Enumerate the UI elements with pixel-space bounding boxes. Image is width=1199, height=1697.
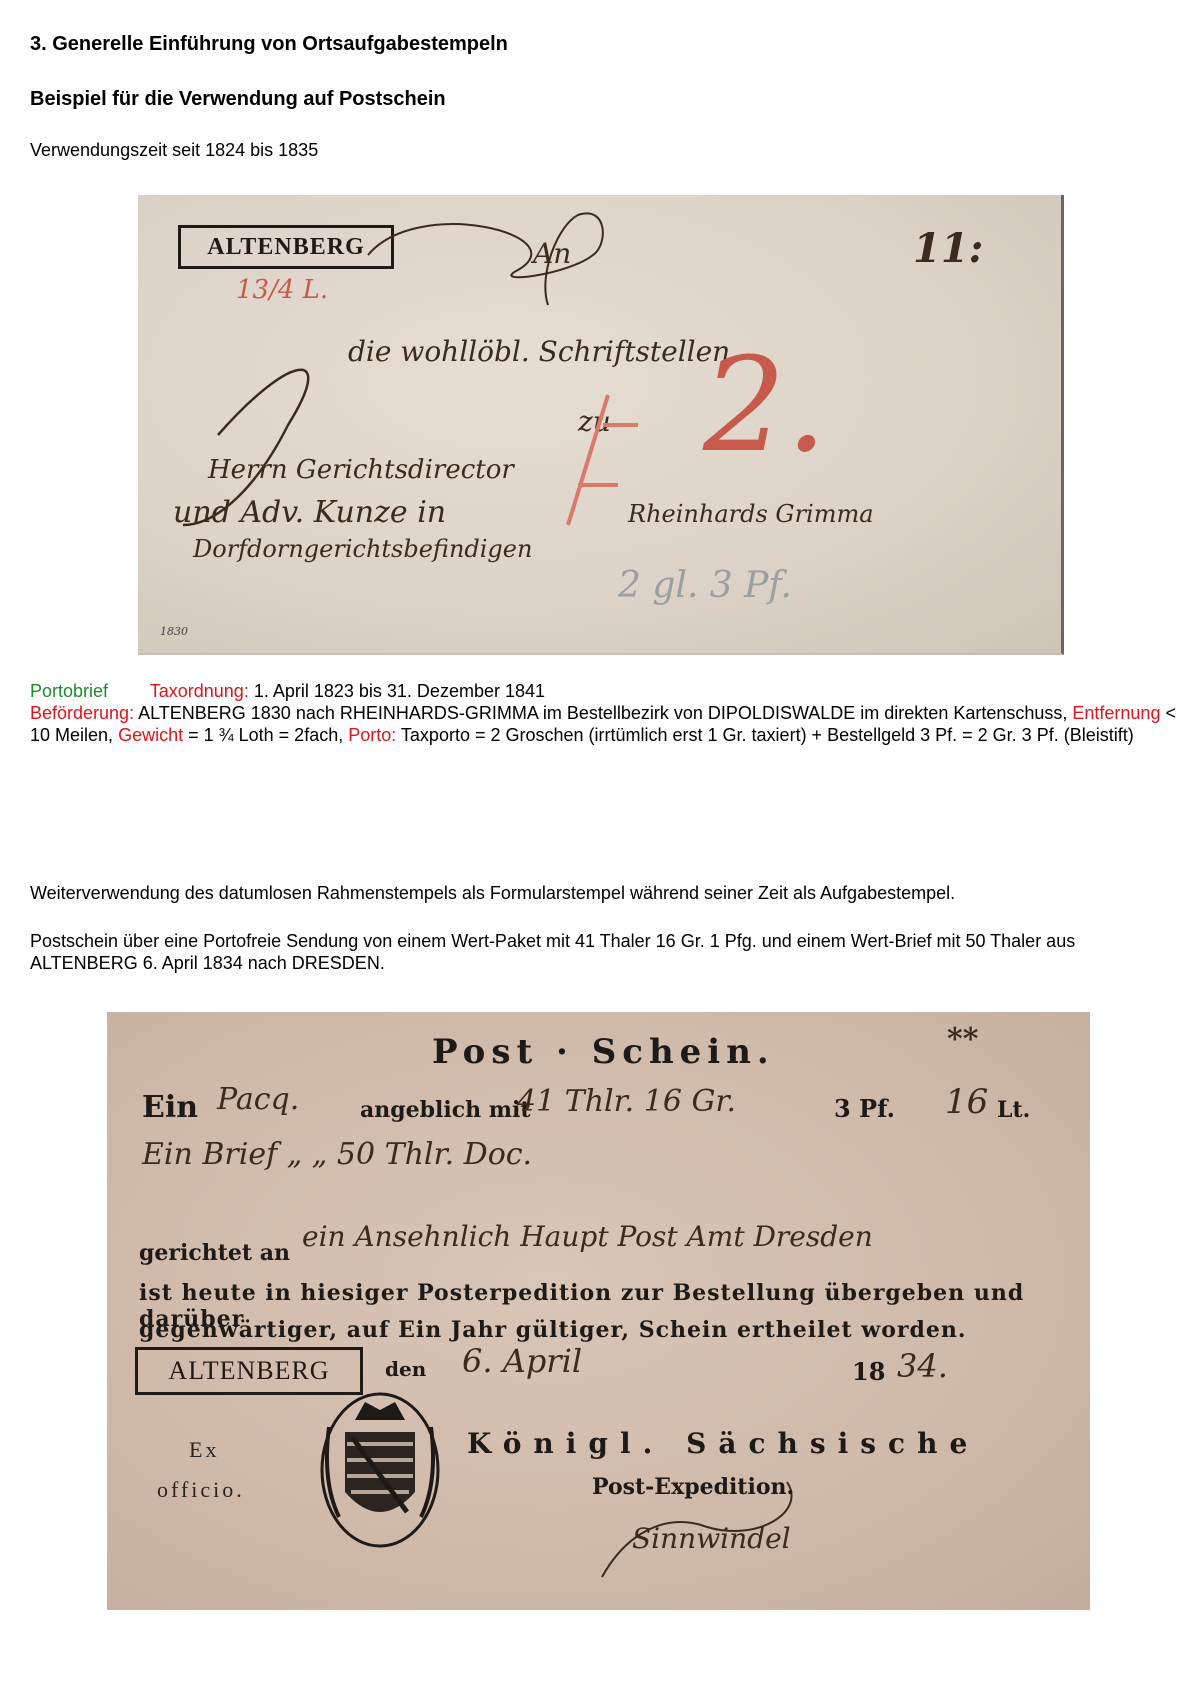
section-subheading: Beispiel für die Verwendung auf Postsche… — [30, 88, 446, 111]
porto-label: Porto: — [348, 725, 396, 745]
letter-description: Portobrief Taxordnung: 1. April 1823 bis… — [30, 680, 1180, 746]
usage-period: Verwendungszeit seit 1824 bis 1835 — [30, 139, 318, 161]
portobrief-label: Portobrief — [30, 681, 108, 701]
saxony-coat-of-arms-icon — [107, 1012, 1090, 1610]
taxordnung-label: Taxordnung: — [150, 681, 249, 701]
formular-stamp-note: Weiterverwendung des datumlosen Rahmenst… — [30, 882, 1180, 904]
postschein-description: Postschein über eine Portofreie Sendung … — [30, 930, 1160, 974]
letter-image-1830: ALTENBERG 13/4 L. 11: An die wohllöbl. S… — [138, 195, 1064, 655]
page-heading: 3. Generelle Einführung von Ortsaufgabes… — [30, 33, 508, 56]
gewicht-text: = 1 ¾ Loth = 2fach, — [183, 725, 348, 745]
taxordnung-text: 1. April 1823 bis 31. Dezember 1841 — [249, 681, 545, 701]
post-expedition: Post-Expedition. — [592, 1474, 794, 1500]
befoerderung-label: Beförderung: — [30, 703, 134, 723]
postschein-image-1834: Post · Schein. ** Ein Pacq. angeblich mi… — [107, 1012, 1090, 1610]
handwriting-flourishes — [138, 195, 1061, 653]
postmaster-signature: Sinnwindel — [632, 1522, 791, 1555]
gewicht-label: Gewicht — [118, 725, 183, 745]
koenigl-saechsische: Königl. Sächsische — [467, 1427, 979, 1460]
befoerderung-text: ALTENBERG 1830 nach RHEINHARDS-GRIMMA im… — [134, 703, 1072, 723]
porto-text: Taxporto = 2 Groschen (irrtümlich erst 1… — [396, 725, 1133, 745]
entfernung-label: Entfernung — [1072, 703, 1160, 723]
